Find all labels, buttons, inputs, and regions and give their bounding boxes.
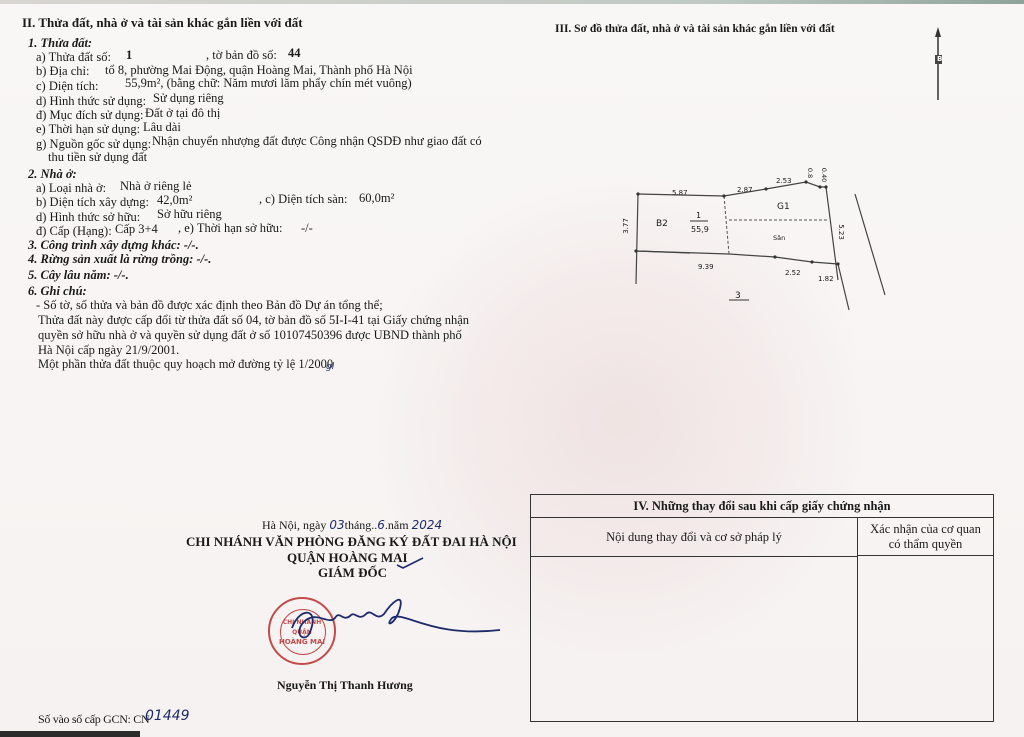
- checkmark-icon: [395, 556, 425, 570]
- dim-bottom-left: 9.39: [698, 260, 714, 274]
- changes-table: IV. Những thay đổi sau khi cấp giấy chứn…: [530, 494, 994, 722]
- col-confirmation-header: Xác nhận của cơ quan có thẩm quyền: [858, 518, 993, 556]
- north-label: B: [937, 52, 942, 66]
- certificate-page: II. Thửa đất, nhà ở và tài sản khác gắn …: [0, 0, 1024, 737]
- dim-top-left: 5.87: [672, 186, 688, 200]
- col-content-header: Nội dung thay đổi và cơ sở pháp lý: [531, 518, 857, 557]
- office-line2: QUẬN HOÀNG MAI: [287, 551, 408, 565]
- dim-left: 3.77: [619, 218, 633, 234]
- zone-b2: B2: [656, 217, 668, 231]
- neighbor-parcel: 3: [735, 289, 741, 303]
- yard-label: Sân: [773, 231, 785, 245]
- bottom-edge: [0, 731, 140, 737]
- registry-label: Số vào sổ cấp GCN: CN: [38, 712, 149, 726]
- registry-number: 01449: [145, 709, 190, 723]
- dim-corner-a: 0.8: [803, 168, 817, 178]
- date-month: 6: [377, 518, 385, 532]
- dim-top-right: 2.53: [776, 174, 792, 188]
- signature: [280, 588, 510, 658]
- dim-bottom-mid: 2.52: [785, 266, 801, 280]
- date-place: Hà Nội, ngày 03tháng..6.năm 2024: [262, 518, 442, 532]
- column-divider: [857, 518, 858, 721]
- dim-right: 5.23: [834, 224, 848, 240]
- date-year-label: .năm: [385, 518, 409, 532]
- parcel-number: 1: [696, 209, 701, 223]
- date-year: 2024: [412, 518, 443, 532]
- dim-corner-b: 0.40: [817, 168, 831, 182]
- role: GIÁM ĐỐC: [318, 566, 387, 580]
- date-day: 03: [329, 518, 344, 532]
- signer-name: Nguyễn Thị Thanh Hương: [277, 678, 413, 692]
- changes-table-title: IV. Những thay đổi sau khi cấp giấy chứn…: [531, 495, 993, 518]
- date-prefix: Hà Nội, ngày: [262, 518, 326, 532]
- parcel-area: 55,9: [691, 223, 709, 237]
- dim-top-mid: 2.87: [737, 183, 753, 197]
- dim-bottom-right: 1.82: [818, 272, 834, 286]
- zone-g1: G1: [777, 200, 790, 214]
- office-line1: CHI NHÁNH VĂN PHÒNG ĐĂNG KÝ ĐẤT ĐAI HÀ N…: [186, 535, 517, 549]
- date-month-label: tháng..: [345, 518, 378, 532]
